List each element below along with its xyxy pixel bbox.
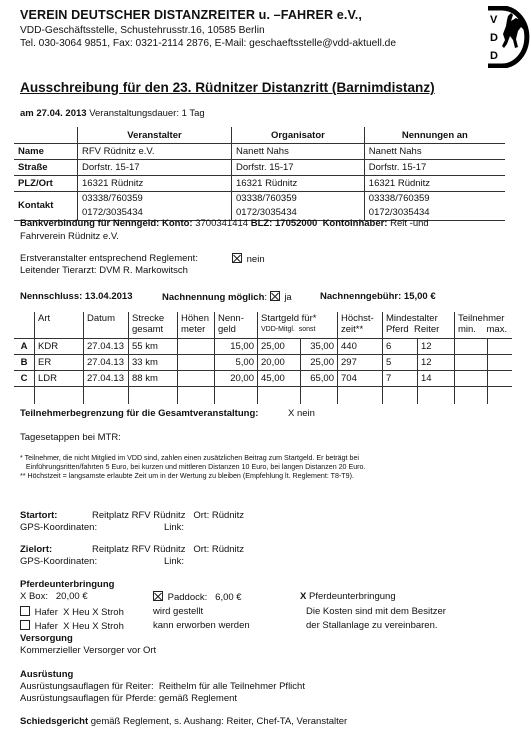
col-nennungen: Nennungen an bbox=[364, 127, 505, 144]
svg-text:D: D bbox=[490, 50, 498, 62]
ausruestung-pferde: Ausrüstungsauflagen für Pferde: gemäß Re… bbox=[20, 693, 237, 704]
race-cell-strecke: 55 km bbox=[129, 339, 178, 355]
ausruestung-title: Ausrüstung bbox=[20, 669, 73, 680]
stall-note-line: der Stallanlage zu vereinbaren. bbox=[306, 620, 438, 631]
bank-holder: Fahrverein Rüdnitz e.V. bbox=[20, 231, 119, 242]
race-cell-pferd: 6 bbox=[383, 339, 418, 355]
svg-text:V: V bbox=[490, 14, 498, 26]
teilnehmerbegrenzung-label: Teilnehmerbegrenzung für die Gesamtveran… bbox=[20, 408, 258, 419]
tierarzt: Leitender Tierarzt: DVM R. Markowitsch bbox=[20, 265, 188, 276]
feed-note: wird gestellt bbox=[153, 606, 203, 617]
stall-note-title: X Pferdeunterbringung bbox=[300, 591, 396, 602]
event-duration: Veranstaltungsdauer: 1 Tag bbox=[89, 108, 205, 119]
race-cell-sonst: 25,00 bbox=[301, 355, 338, 371]
table-row: Kontakt 03338/7603590172/3035434 03338/7… bbox=[14, 192, 505, 221]
race-cell-vdd: 25,00 bbox=[258, 339, 301, 355]
bank-details: Bankverbindung für Nenngeld: Konto: 3700… bbox=[20, 218, 429, 229]
race-cell-hoehen bbox=[178, 339, 215, 355]
race-cell-hoechst: 704 bbox=[338, 371, 383, 387]
table-row: AKDR27.04.1355 km15,0025,0035,00440612 bbox=[14, 339, 512, 355]
event-date: am 27.04. 2013 bbox=[20, 108, 87, 119]
footnote: * Teilnehmer, die nicht Mitglied im VDD … bbox=[20, 454, 359, 462]
race-cell-art: KDR bbox=[35, 339, 84, 355]
paddock-price: Paddock: 6,00 € bbox=[153, 591, 242, 603]
startort-gps: GPS-Koordinaten: bbox=[20, 522, 97, 533]
teilnehmerbegrenzung-value: X nein bbox=[288, 408, 315, 419]
race-cell-vdd: 45,00 bbox=[258, 371, 301, 387]
erstveranstalter-value: nein bbox=[232, 253, 265, 265]
checkbox-checked-icon bbox=[270, 291, 280, 301]
org-address: VDD-Geschäftsstelle, Schustehrusstr.16, … bbox=[20, 25, 265, 36]
race-cell-reiter: 12 bbox=[418, 339, 455, 355]
org-name: VEREIN DEUTSCHER DISTANZREITER u. –FAHRE… bbox=[20, 8, 362, 22]
checkbox-checked-icon bbox=[232, 253, 242, 263]
col-organisator: Organisator bbox=[232, 127, 365, 144]
ausruestung-reiter: Ausrüstungsauflagen für Reiter: Reithelm… bbox=[20, 681, 305, 692]
startort-label: Startort: bbox=[20, 510, 57, 521]
erstveranstalter-label: Erstveranstalter entsprechend Reglement: bbox=[20, 253, 198, 264]
table-row: Straße Dorfstr. 15-17 Dorfstr. 15-17 Dor… bbox=[14, 160, 505, 176]
race-cell-id: C bbox=[14, 371, 35, 387]
race-cell-hoechst: 297 bbox=[338, 355, 383, 371]
zielort-link: Link: bbox=[164, 556, 184, 567]
race-cell-vdd: 20,00 bbox=[258, 355, 301, 371]
race-cell-max bbox=[488, 355, 513, 371]
race-cell-strecke: 88 km bbox=[129, 371, 178, 387]
race-cell-hoehen bbox=[178, 371, 215, 387]
table-row: PLZ/Ort 16321 Rüdnitz 16321 Rüdnitz 1632… bbox=[14, 176, 505, 192]
race-cell-art: ER bbox=[35, 355, 84, 371]
box-price: X Box: 20,00 € bbox=[20, 591, 88, 602]
event-date-line: am 27.04. 2013 Veranstaltungsdauer: 1 Ta… bbox=[20, 108, 205, 119]
race-cell-reiter: 14 bbox=[418, 371, 455, 387]
race-cell-art: LDR bbox=[35, 371, 84, 387]
race-cell-min bbox=[455, 355, 488, 371]
zielort-label: Zielort: bbox=[20, 544, 52, 555]
race-cell-max bbox=[488, 339, 513, 355]
race-cell-hoehen bbox=[178, 355, 215, 371]
race-cell-datum: 27.04.13 bbox=[84, 355, 129, 371]
checkbox-checked-icon bbox=[153, 591, 163, 601]
footnote: Einführungsritten/fahrten 5 Euro, bei ku… bbox=[20, 463, 365, 471]
checkbox-empty-icon bbox=[20, 620, 30, 630]
race-cell-nenngeld: 5,00 bbox=[215, 355, 258, 371]
race-cell-reiter: 12 bbox=[418, 355, 455, 371]
race-cell-datum: 27.04.13 bbox=[84, 371, 129, 387]
startort-link: Link: bbox=[164, 522, 184, 533]
table-row: CLDR27.04.1388 km20,0045,0065,00704714 bbox=[14, 371, 512, 387]
nachnennung: Nachnennung möglich: ja bbox=[162, 291, 292, 303]
org-contact: Tel. 030-3064 9851, Fax: 0321-2114 2876,… bbox=[20, 38, 396, 49]
pferdeunterbringung-title: Pferdeunterbringung bbox=[20, 579, 114, 590]
feed-row: Hafer X Heu X Stroh bbox=[20, 606, 124, 618]
tagesetappen: Tagesetappen bei MTR: bbox=[20, 432, 121, 443]
footnote: ** Höchstzeit = langsamste erlaubte Zeit… bbox=[20, 472, 354, 480]
race-cell-datum: 27.04.13 bbox=[84, 339, 129, 355]
table-row: Name RFV Rüdnitz e.V. Nanett Nahs Nanett… bbox=[14, 144, 505, 160]
race-cell-id: B bbox=[14, 355, 35, 371]
race-cell-sonst: 65,00 bbox=[301, 371, 338, 387]
table-row bbox=[14, 387, 512, 405]
race-cell-strecke: 33 km bbox=[129, 355, 178, 371]
race-cell-sonst: 35,00 bbox=[301, 339, 338, 355]
contact-table: Veranstalter Organisator Nennungen an Na… bbox=[14, 127, 505, 221]
race-cell-nenngeld: 20,00 bbox=[215, 371, 258, 387]
race-cell-id: A bbox=[14, 339, 35, 355]
table-row: BER27.04.1333 km5,0020,0025,00297512 bbox=[14, 355, 512, 371]
race-cell-pferd: 5 bbox=[383, 355, 418, 371]
feed-note: kann erworben werden bbox=[153, 620, 250, 631]
stall-note-line: Die Kosten sind mit dem Besitzer bbox=[306, 606, 446, 617]
feed-row: Hafer X Heu X Stroh bbox=[20, 620, 124, 632]
svg-text:D: D bbox=[490, 32, 498, 44]
nachnenngebuehr: Nachnenngebühr: 15,00 € bbox=[320, 291, 436, 302]
race-cell-max bbox=[488, 371, 513, 387]
page-title: Ausschreibung für den 23. Rüdnitzer Dist… bbox=[20, 80, 435, 95]
race-cell-min bbox=[455, 371, 488, 387]
schiedsgericht: Schiedsgericht gemäß Reglement, s. Ausha… bbox=[20, 716, 347, 727]
race-cell-hoechst: 440 bbox=[338, 339, 383, 355]
races-table: Art Datum Streckegesamt Höhenmeter Nenn-… bbox=[14, 312, 512, 404]
race-cell-pferd: 7 bbox=[383, 371, 418, 387]
versorgung-title: Versorgung bbox=[20, 633, 73, 644]
zielort-value: Reitplatz RFV Rüdnitz Ort: Rüdnitz bbox=[92, 544, 244, 555]
nennschluss: Nennschluss: 13.04.2013 bbox=[20, 291, 132, 302]
horse-rider-logo-icon: V D D bbox=[488, 6, 531, 68]
col-veranstalter: Veranstalter bbox=[78, 127, 232, 144]
zielort-gps: GPS-Koordinaten: bbox=[20, 556, 97, 567]
race-cell-nenngeld: 15,00 bbox=[215, 339, 258, 355]
startort-value: Reitplatz RFV Rüdnitz Ort: Rüdnitz bbox=[92, 510, 244, 521]
checkbox-empty-icon bbox=[20, 606, 30, 616]
race-cell-min bbox=[455, 339, 488, 355]
versorgung-text: Kommerzieller Versorger vor Ort bbox=[20, 645, 156, 656]
